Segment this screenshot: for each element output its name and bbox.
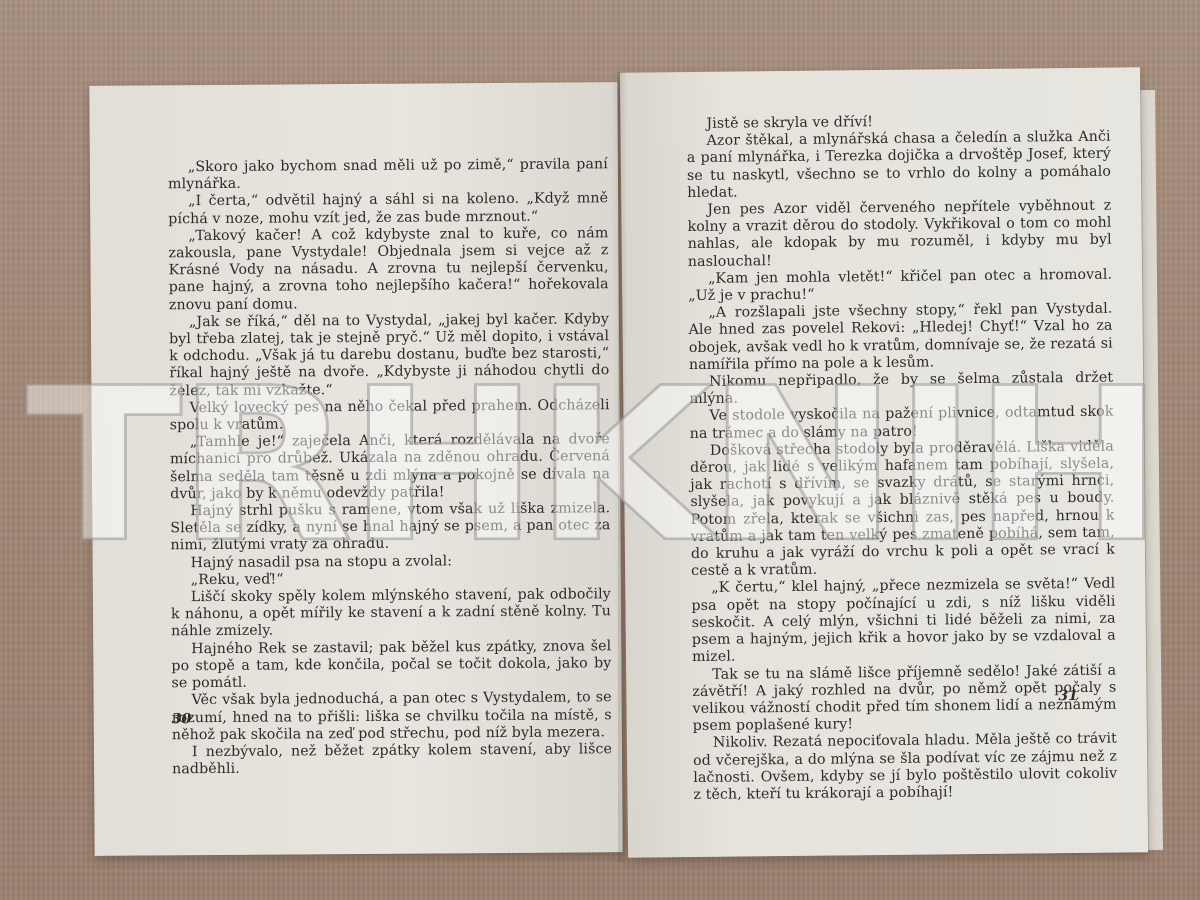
- paragraph: Tak se tu na slámě lišce příjemně sedělo…: [692, 662, 1117, 735]
- left-page: „Skoro jako bychom snad měli už po zimě,…: [89, 82, 622, 856]
- book-gutter: [618, 72, 626, 862]
- paragraph: Hajný strhl pušku s ramene, vtom však už…: [170, 500, 610, 555]
- paragraph: Hajného Rek se zastavil; pak běžel kus z…: [171, 638, 611, 693]
- right-page: Jistě se skryla ve dříví! Azor štěkal, a…: [620, 67, 1148, 857]
- left-page-text: „Skoro jako bychom snad měli už po zimě,…: [168, 156, 612, 778]
- paragraph: „K čertu,“ klel hajný, „přece nezmizela …: [691, 576, 1116, 666]
- paragraph: Velký lovecký pes na něho čekal před pra…: [170, 397, 610, 434]
- paragraph: „Kam jen mohla vletět!“ křičel pan otec …: [688, 266, 1112, 305]
- right-page-text: Jistě se skryla ve dříví! Azor štěkal, a…: [686, 112, 1117, 805]
- paragraph: „I čerta,“ odvětil hajný a sáhl si na ko…: [168, 191, 608, 228]
- paragraph: I nezbývalo, než běžet zpátky kolem stav…: [172, 741, 612, 778]
- paragraph: Liščí skoky spěly kolem mlýnského staven…: [171, 586, 611, 641]
- paragraph: „Jak se říká,“ děl na to Vystydal, „jake…: [169, 311, 610, 400]
- paragraph: Došková střecha stodoly byla proděravělá…: [690, 438, 1115, 580]
- page-number: 31: [1058, 688, 1078, 704]
- paragraph: „Takový kačer! A což kdybyste znal to ku…: [168, 225, 609, 314]
- paragraph: „Skoro jako bychom snad měli už po zimě,…: [168, 156, 608, 193]
- paragraph: Nikomu nepřipadlo, že by se šelma zůstal…: [689, 370, 1113, 409]
- paragraph: „A rozšlapali jste všechny stopy,“ řekl …: [688, 301, 1113, 374]
- page-number: 30: [172, 711, 192, 727]
- paragraph: Azor štěkal, a mlynářská chasa a čeledín…: [687, 129, 1112, 202]
- paragraph: Jen pes Azor viděl červeného nepřítele v…: [687, 198, 1112, 271]
- paragraph: Věc však byla jednoduchá, a pan otec s V…: [172, 690, 612, 745]
- paragraph: Ve stodole vyskočila na pažení plivnice,…: [689, 404, 1113, 443]
- paragraph: Nikoliv. Rezatá nepociťovala hladu. Měla…: [693, 731, 1118, 804]
- paragraph: „Tamhle je!“ zaječela Anči, která rozděl…: [170, 431, 610, 503]
